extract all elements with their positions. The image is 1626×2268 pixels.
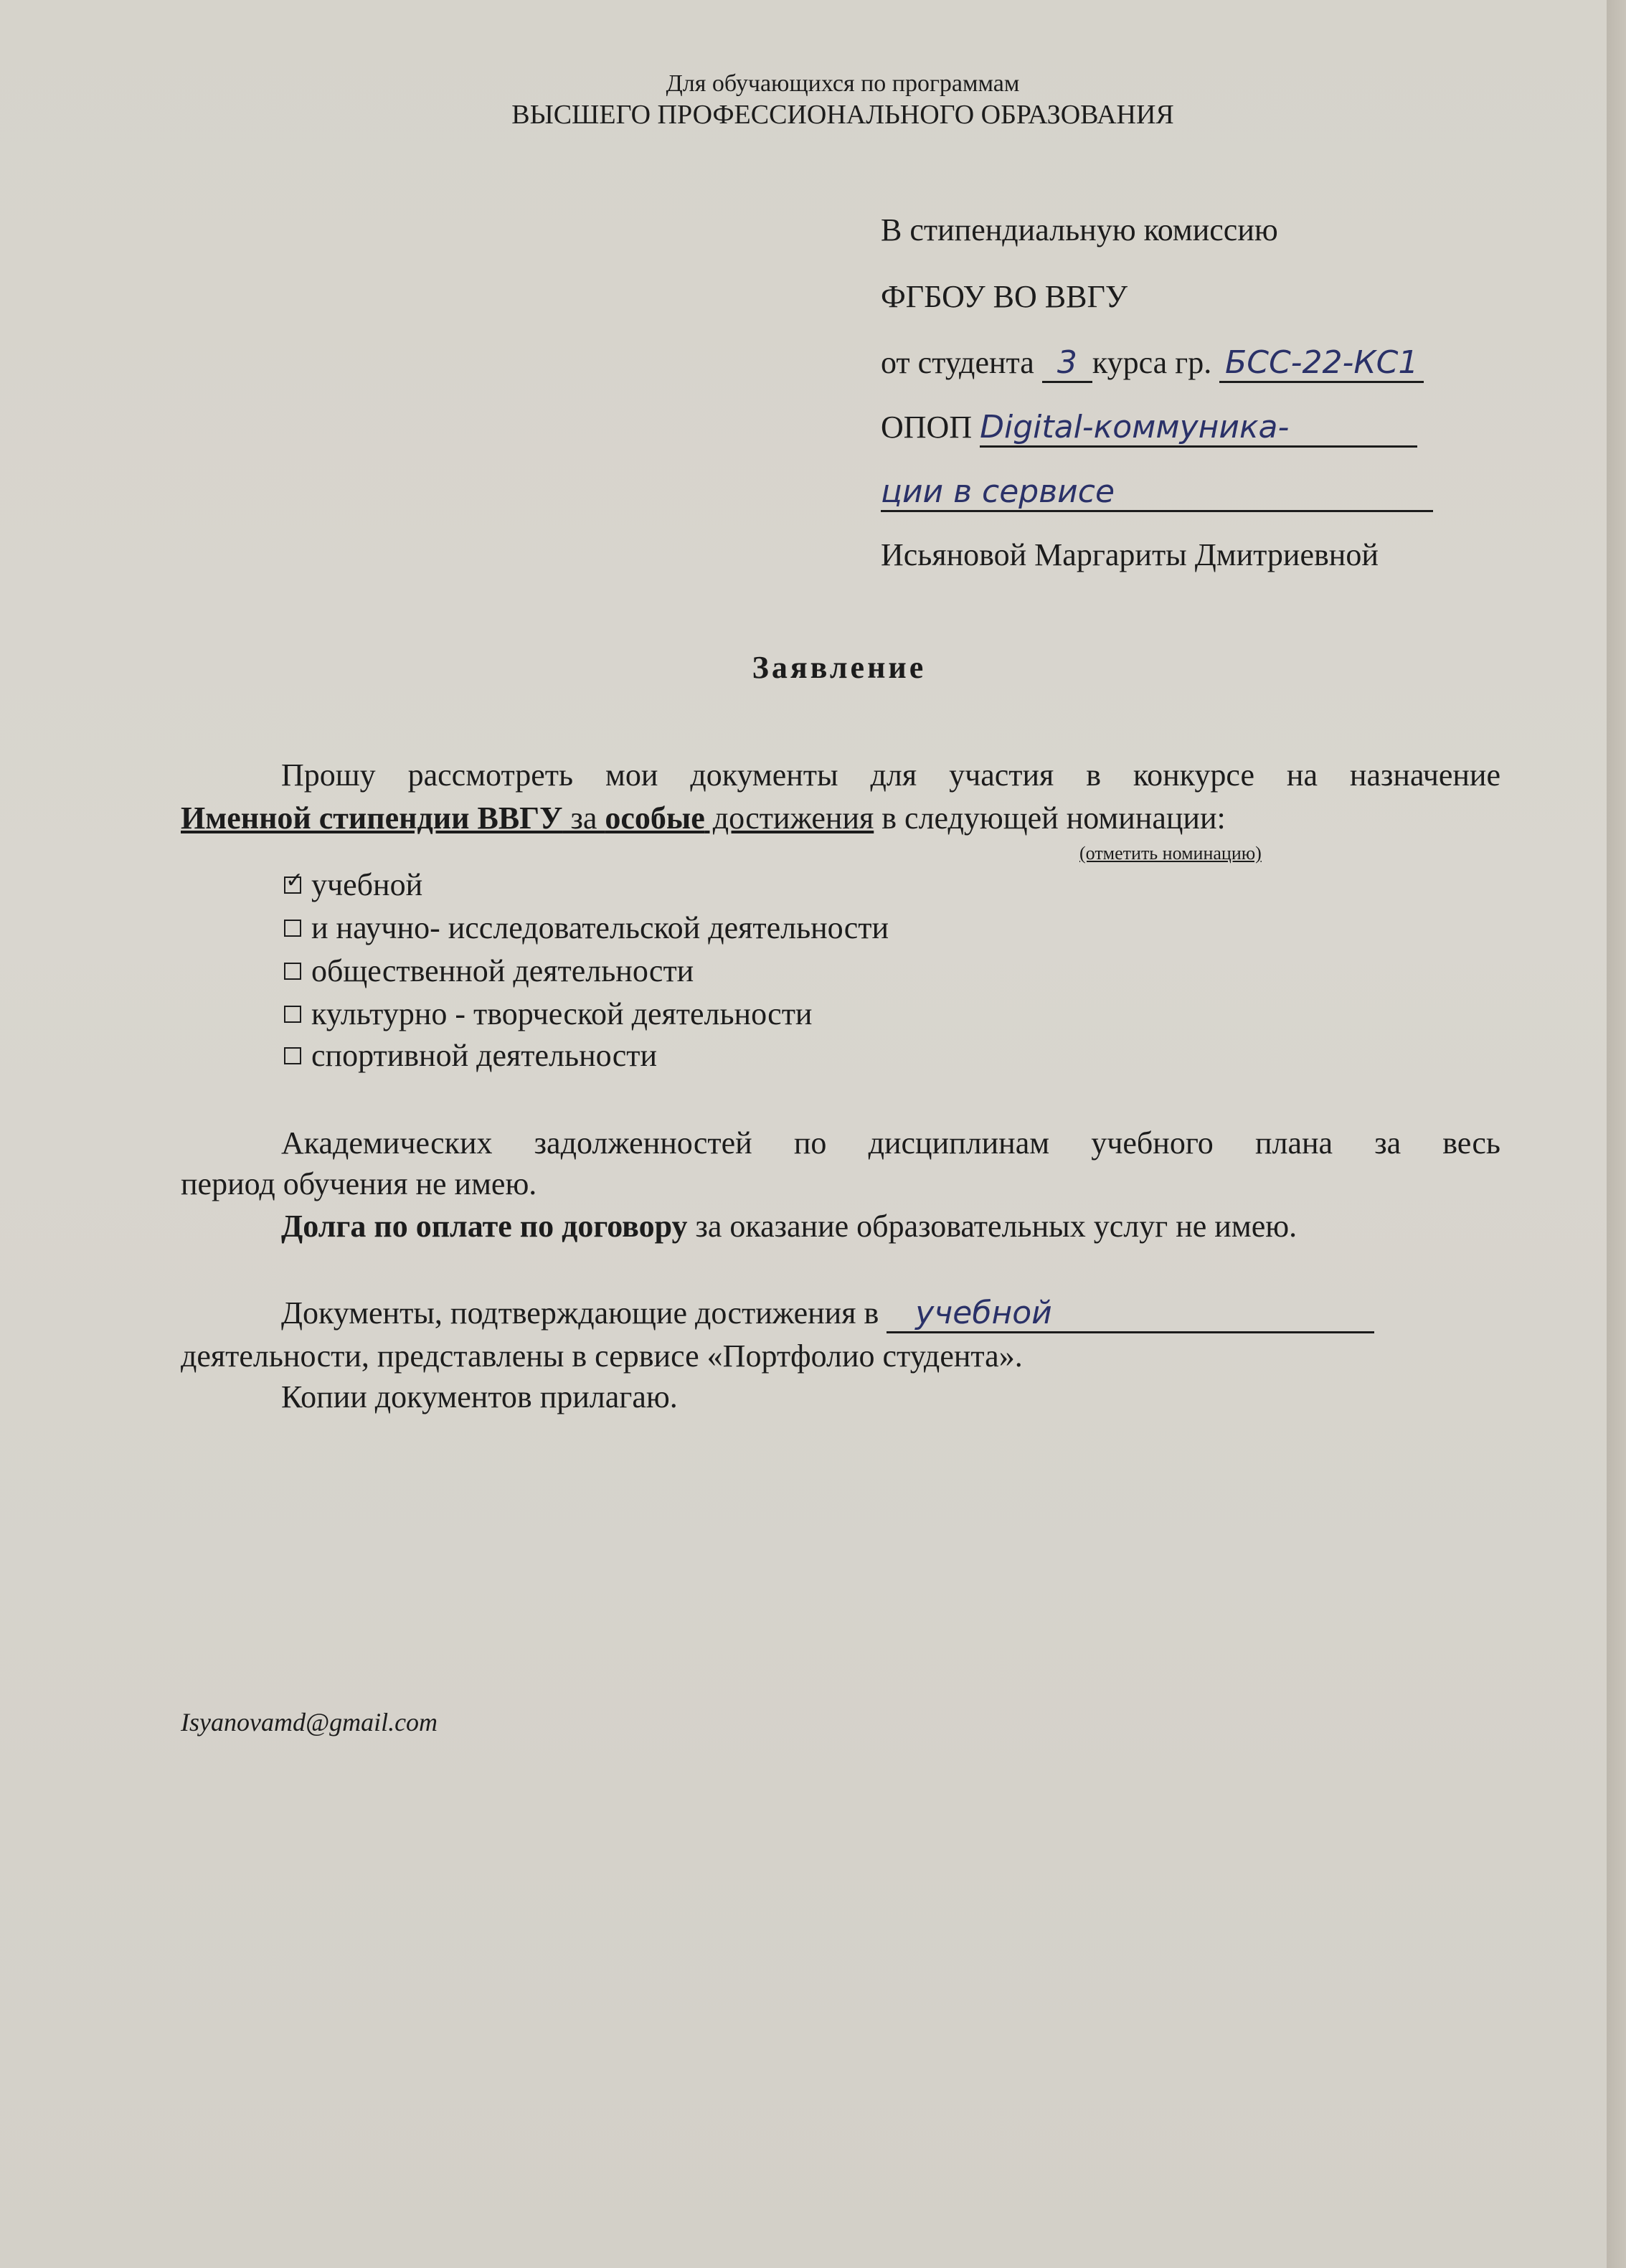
- academic-debt-line-1: Академических задолженностей по дисципли…: [181, 1125, 1500, 1161]
- student-name: Исьяновой Маргариты Дмитриевной: [881, 537, 1379, 573]
- from-student-label: от студента: [881, 345, 1034, 380]
- group-field[interactable]: БСС-22-КС1: [1219, 344, 1424, 383]
- nomination-checkbox-research[interactable]: [284, 920, 301, 937]
- opop-line: ОПОП Digital-коммуника-: [881, 409, 1417, 448]
- opop-field-line-2[interactable]: ции в сервисе: [881, 473, 1433, 512]
- nomination-item: и научно- исследовательской деятельности: [284, 909, 889, 946]
- payment-debt-line: Долга по оплате по договору за оказание …: [281, 1208, 1297, 1244]
- opop-field-line-1[interactable]: Digital-коммуника-: [980, 409, 1417, 448]
- nomination-item: спортивной деятельности: [284, 1037, 657, 1074]
- page-edge: [1607, 0, 1626, 2268]
- course-field[interactable]: 3: [1042, 344, 1092, 383]
- document-page: Для обучающихся по программам ВЫСШЕГО ПР…: [0, 0, 1607, 2268]
- mark-nomination-note: (отметить номинацию): [1079, 843, 1262, 864]
- nomination-item: культурно - творческой деятельности: [284, 996, 812, 1032]
- nomination-checkbox-cultural[interactable]: [284, 1006, 301, 1023]
- nomination-checkbox-academic[interactable]: [284, 877, 301, 894]
- nomination-item: общественной деятельности: [284, 953, 694, 989]
- header-line-2: ВЫСШЕГО ПРОФЕССИОНАЛЬНОГО ОБРАЗОВАНИЯ: [0, 99, 1626, 131]
- academic-debt-line-2: период обучения не имею.: [181, 1166, 537, 1202]
- email-address: Isyanovamd@gmail.com: [181, 1707, 438, 1737]
- nomination-checkbox-social[interactable]: [284, 963, 301, 980]
- copies-line: Копии документов прилагаю.: [281, 1379, 678, 1415]
- documents-field[interactable]: учебной: [887, 1295, 1374, 1333]
- document-title: Заявление: [0, 649, 1626, 686]
- intro-line-1: Прошу рассмотреть мои документы для учас…: [181, 757, 1500, 793]
- documents-line-2: деятельности, представлены в сервисе «По…: [181, 1338, 1023, 1374]
- header-line-1: Для обучающихся по программам: [0, 70, 1626, 98]
- documents-line-1: Документы, подтверждающие достижения в у…: [281, 1295, 1374, 1333]
- course-label: курса гр.: [1092, 345, 1211, 380]
- addressee-line-2: ФГБОУ ВО ВВГУ: [881, 278, 1128, 315]
- nomination-checkbox-sports[interactable]: [284, 1047, 301, 1064]
- scholarship-name: Именной стипендии ВВГУ: [181, 800, 562, 836]
- student-course-group-line: от студента 3курса гр. БСС-22-КС1: [881, 344, 1424, 383]
- opop-label: ОПОП: [881, 410, 972, 445]
- intro-line-2: Именной стипендии ВВГУ за особые достиже…: [181, 800, 1226, 836]
- opop-line-2: ции в сервисе: [881, 473, 1433, 512]
- nomination-item: учебной: [284, 866, 422, 903]
- addressee-line-1: В стипендиальную комиссию: [881, 212, 1278, 248]
